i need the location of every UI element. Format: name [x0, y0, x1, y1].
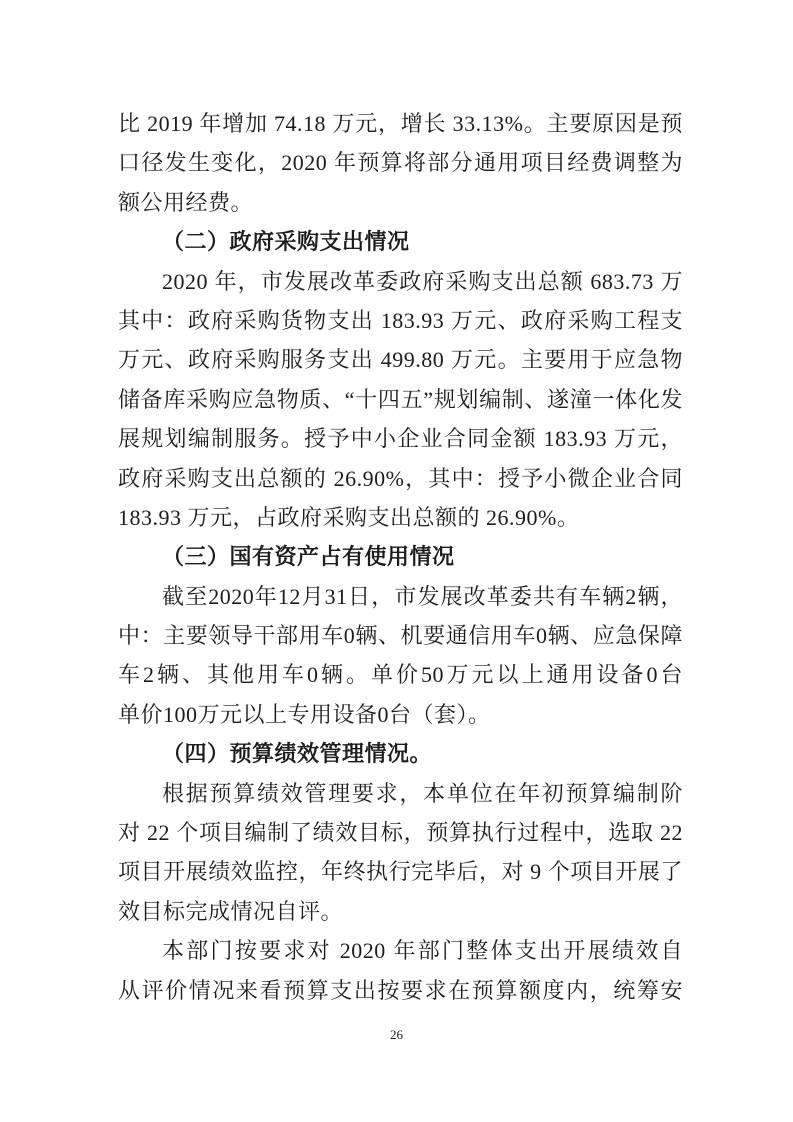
paragraph-line: 从评价情况来看预算支出按要求在预算额度内，统筹安排，	[118, 971, 683, 1010]
paragraph-line: 政府采购支出总额的 26.90%，其中：授予小微企业合同金额	[118, 459, 683, 498]
paragraph-line: 储备库采购应急物质、“十四五”规划编制、遂潼一体化发	[118, 380, 683, 419]
paragraph-line: 其中：政府采购货物支出 183.93 万元、政府采购工程支出 0	[118, 301, 683, 340]
paragraph-line: 对 22 个项目编制了绩效目标，预算执行过程中，选取 22 个	[118, 813, 683, 852]
paragraph-line: 项目开展绩效监控，年终执行完毕后，对 9 个项目开展了绩	[118, 852, 683, 891]
paragraph-line: 2020 年，市发展改革委政府采购支出总额 683.73 万元，	[118, 262, 683, 301]
paragraph-line: 效目标完成情况自评。	[118, 892, 683, 931]
document-page: 比 2019 年增加 74.18 万元，增长 33.13%。主要原因是预算口径发…	[0, 0, 793, 1122]
paragraph-line: 本部门按要求对 2020 年部门整体支出开展绩效自评，	[118, 931, 683, 970]
page-footer: 26	[0, 1026, 793, 1044]
paragraph-line: 截至2020年12月31日，市发展改革委共有车辆2辆，其	[118, 577, 683, 616]
paragraph-line: 展规划编制服务。授予中小企业合同金额 183.93 万元，占	[118, 419, 683, 458]
section-heading: （四）预算绩效管理情况。	[118, 734, 683, 773]
paragraph-line: 比 2019 年增加 74.18 万元，增长 33.13%。主要原因是预算	[118, 104, 683, 143]
paragraph-line: 口径发生变化，2020 年预算将部分通用项目经费调整为非定	[118, 143, 683, 182]
paragraph-line: 根据预算绩效管理要求，本单位在年初预算编制阶段，	[118, 774, 683, 813]
document-body: 比 2019 年增加 74.18 万元，增长 33.13%。主要原因是预算口径发…	[118, 104, 683, 1010]
paragraph-line: 单价100万元以上专用设备0台（套）。	[118, 695, 683, 734]
paragraph-line: 额公用经费。	[118, 183, 683, 222]
paragraph-line: 183.93 万元，占政府采购支出总额的 26.90%。	[118, 498, 683, 537]
paragraph-line: 万元、政府采购服务支出 499.80 万元。主要用于应急物质	[118, 340, 683, 379]
page-number: 26	[390, 1027, 403, 1042]
section-heading: （二）政府采购支出情况	[118, 222, 683, 261]
paragraph-line: 车2辆、其他用车0辆。单价50万元以上通用设备0台（套），	[118, 655, 683, 694]
section-heading: （三）国有资产占有使用情况	[118, 537, 683, 576]
paragraph-line: 中：主要领导干部用车0辆、机要通信用车0辆、应急保障用	[118, 616, 683, 655]
